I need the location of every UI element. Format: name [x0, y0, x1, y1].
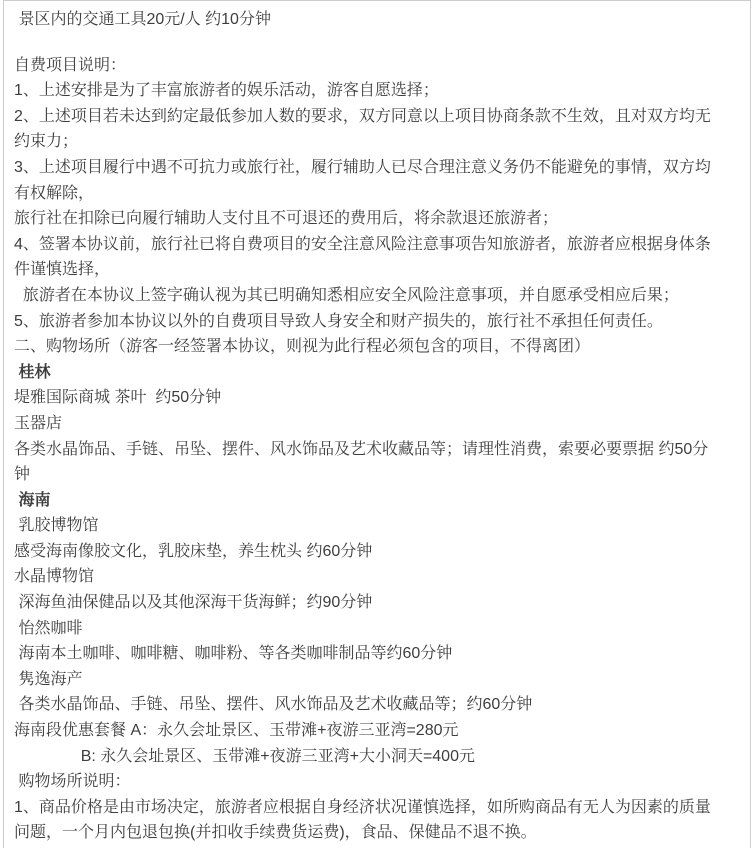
paragraph-yiran-coffee-desc: 海南本土咖啡、咖啡糖、咖啡粉、等各类咖啡制品等约60分钟 [14, 641, 721, 667]
paragraph-hainan-package-a: 海南段优惠套餐 A：永久会址景区、玉带滩+夜游三亚湾=280元 [14, 718, 721, 744]
paragraph-transport-fee: 景区内的交通工具20元/人 约10分钟 [14, 7, 721, 33]
paragraph-selfpaid-title: 自费项目说明： [14, 53, 721, 79]
paragraph-latex-museum-desc: 感受海南像胶文化，乳胶床垫，养生枕头 约60分钟 [14, 539, 721, 565]
paragraph-selfpaid-item-2: 2、上述项目若未达到約定最低参加人数的要求，双方同意以上项目协商条款不生效，且对… [14, 104, 721, 155]
paragraph-selfpaid-item-1: 1、上述安排是为了丰富旅游者的娱乐活动，游客自愿选择； [14, 78, 721, 104]
paragraph-jade-shop: 玉器店 [14, 411, 721, 437]
paragraph-hainan-package-b: B: 永久会址景区、玉带滩+夜游三亚湾+大小洞天=400元 [14, 744, 721, 770]
heading-guilin: 桂林 [14, 360, 721, 386]
paragraph-latex-museum: 乳胶博物馆 [14, 513, 721, 539]
paragraph-selfpaid-item-3: 3、上述项目履行中遇不可抗力或旅行社，履行辅助人已尽合理注意义务仍不能避免的事情… [14, 155, 721, 206]
paragraph-shopping-notes-title: 购物场所说明： [14, 769, 721, 795]
paragraph-crystal-museum-desc: 深海鱼油保健品以及其他深海干货海鲜；约90分钟 [14, 590, 721, 616]
paragraph-shopping-notes-item-1: 1、商品价格是由市场决定，旅游者应根据自身经济状况谨慎选择，如所购商品有无人为因… [14, 795, 721, 846]
paragraph-blank [14, 33, 721, 53]
paragraph-jade-shop-desc: 各类水晶饰品、手链、吊坠、摆件、风水饰品及艺术收藏品等；请理性消费，索要必要票据… [14, 437, 721, 488]
paragraph-signature-note: 旅游者在本协议上签字确认视为其已明确知悉相应安全风险注意事项，并自愿承受相应后果… [14, 283, 721, 309]
paragraph-yiran-coffee: 怡然咖啡 [14, 616, 721, 642]
paragraph-crystal-museum: 水晶博物馆 [14, 564, 721, 590]
paragraph-refund-note: 旅行社在扣除已向履行辅助人支付且不可退还的费用后，将余款退还旅游者； [14, 206, 721, 232]
paragraph-junyi-seafood: 隽逸海产 [14, 667, 721, 693]
heading-hainan: 海南 [14, 488, 721, 514]
paragraph-selfpaid-item-4: 4、签署本协议前，旅行社已将自费项目的安全注意风险注意事项告知旅游者，旅游者应根… [14, 232, 721, 283]
paragraph-tiya-mall: 堤雅国际商城 茶叶 约50分钟 [14, 385, 721, 411]
paragraph-junyi-seafood-desc: 各类水晶饰品、手链、吊坠、摆件、风水饰品及艺术收藏品等；约60分钟 [14, 692, 721, 718]
document-panel: 景区内的交通工具20元/人 约10分钟 自费项目说明： 1、上述安排是为了丰富旅… [3, 0, 751, 848]
paragraph-shopping-section-title: 二、购物场所（游客一经签署本协议，则视为此行程必须包含的项目，不得离团） [14, 334, 721, 360]
paragraph-selfpaid-item-5: 5、旅游者参加本协议以外的自费项目导致人身安全和财产损失的，旅行社不承担任何责任… [14, 309, 721, 335]
